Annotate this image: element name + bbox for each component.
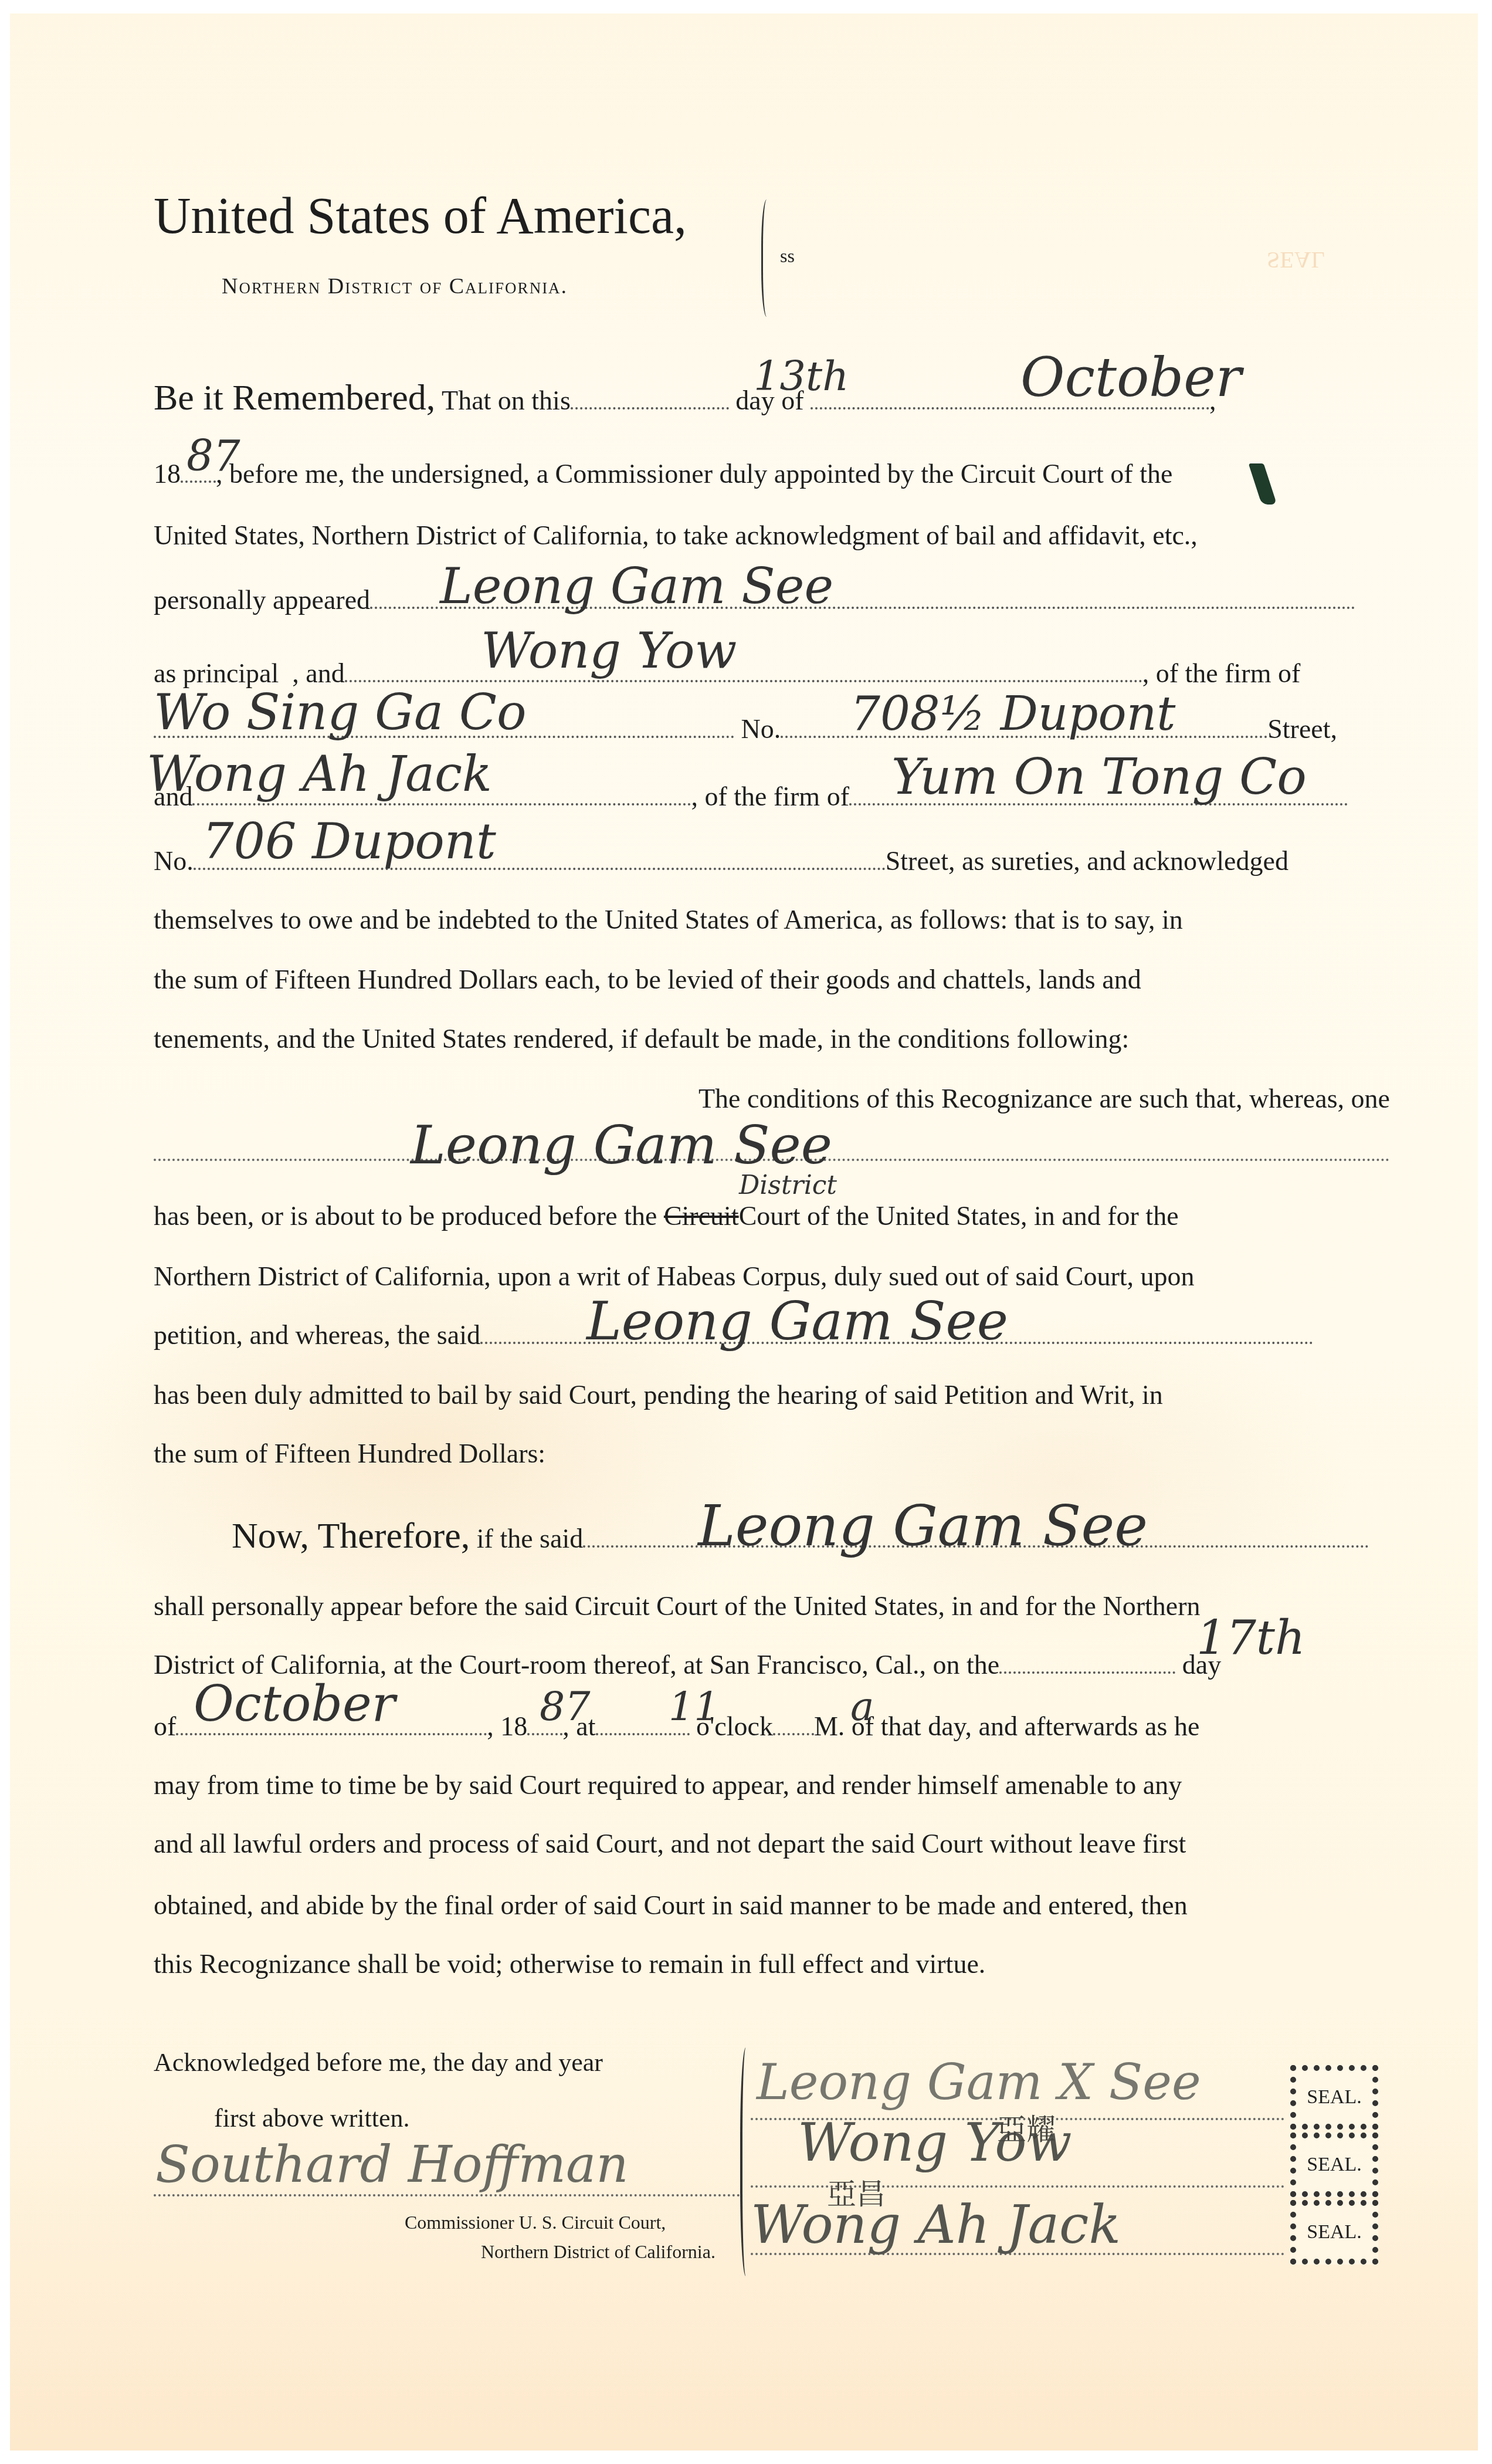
signature-surety2-chinese: 亞昌 [827,2171,886,2213]
appear-hour-field-line [596,1729,690,1735]
static-text: has been, or is about to be produced bef… [154,1201,657,1231]
document-title: United States of America, [154,187,687,246]
static-text: the sum of Fifteen Hundred Dollars: [154,1439,545,1468]
signature-surety1-chinese: 亞耀 [997,2106,1056,2148]
static-text: obtained, and abide by the final order o… [154,1890,1188,1920]
handwritten-month: October [1020,346,1242,409]
static-text: Street, [1267,714,1337,744]
seal-2: SEAL. [1290,2133,1378,2197]
text-line: has been duly admitted to bail by said C… [154,1379,1390,1412]
venue-mark: ss [780,245,795,267]
static-text: petition, and whereas, the said [154,1320,480,1350]
handwritten-appear-day: 17th [1196,1610,1305,1665]
static-text: themselves to owe and be indebted to the… [154,905,1183,935]
static-text: That on this [442,385,571,415]
appear-year-field-line [527,1729,562,1735]
handwritten-said-name: Leong Gam See [586,1291,1008,1352]
handwritten-surety1-name: Wong Yow [481,622,737,679]
static-text: , of the firm of [691,781,849,811]
text-line: themselves to owe and be indebted to the… [154,903,1390,936]
signature-surety2: Wong Ah Jack [751,2194,1121,2256]
static-text: may from time to time be by said Court r… [154,1770,1182,1800]
meridiem-field-line [773,1729,814,1735]
static-text: of [154,1711,176,1741]
static-text: United States, Northern District of Cali… [154,519,1198,552]
handwritten-year: 87 [186,431,240,480]
handwritten-inserted-word: District [739,1170,837,1200]
static-text: No. [741,714,781,744]
static-text: the sum of Fifteen Hundred Dollars each,… [154,964,1141,994]
static-text: personally appeared [154,585,370,615]
handwritten-surety2-firm: Yum On Tong Co [891,748,1307,805]
acknowledgment-line2: first above written. [214,2103,410,2133]
text-line: the sum of Fifteen Hundred Dollars each,… [154,963,1390,996]
static-text: , 18 [487,1711,527,1741]
district-subtitle: Northern District of California. [222,273,568,299]
static-text: and all lawful orders and process of sai… [154,1829,1186,1859]
static-text: Court of the United States, in and for t… [739,1201,1179,1231]
appear-day-field-line [999,1668,1175,1674]
handwritten-surety1-firm: Wo Sing Ga Co [154,683,527,741]
static-text: this Recognizance shall be void; otherwi… [154,1949,985,1979]
static-text: , before me, the undersigned, a Commissi… [216,459,1172,489]
text-line: and all lawful orders and process of sai… [154,1827,1390,1860]
text-line: United States, Northern District of Cali… [154,519,1390,552]
surety1-field-line [345,676,1142,682]
text-line: obtained, and abide by the final order o… [154,1889,1390,1922]
date-line: 18, before me, the undersigned, a Commis… [154,458,1390,490]
handwritten-appear-year: 87 [540,1684,591,1730]
conditions-line: The conditions of this Recognizance are … [154,1082,1390,1115]
commissioner-title-line1: Commissioner U. S. Circuit Court, [405,2212,666,2233]
text-line: tenements, and the United States rendere… [154,1023,1390,1055]
handwritten-surety1-address: 708½ Dupont [850,686,1175,741]
static-text: No. [154,846,194,876]
handwritten-surety2-name: Wong Ah Jack [147,745,492,803]
struck-word: Circuit [664,1201,739,1231]
seal-1: SEAL. [1290,2065,1378,2130]
static-text: if the said [477,1524,583,1553]
year-prefix: 18 [154,459,181,489]
commissioner-signature-line [154,2194,740,2196]
static-text: has been duly admitted to bail by said C… [154,1380,1163,1410]
venue-bracket [761,199,775,317]
signature-principal: Leong Gam X See [757,2053,1201,2111]
lead-phrase: Now, Therefore, [232,1516,470,1556]
handwritten-appear-hour: 11 [669,1684,720,1730]
text-line: the sum of Fifteen Hundred Dollars: [154,1437,1390,1470]
acknowledgment-line1: Acknowledged before me, the day and year [154,2047,603,2077]
static-text: tenements, and the United States rendere… [154,1024,1129,1054]
handwritten-appear-month: October [194,1675,395,1732]
static-text: The conditions of this Recognizance are … [698,1084,1390,1113]
produced-before-line: has been, or is about to be produced bef… [154,1200,1390,1233]
text-line: may from time to time be by said Court r… [154,1769,1390,1802]
bleed-through-seal-mark: SEAL [1267,246,1325,274]
static-text: , of the firm of [1142,658,1301,688]
handwritten-appear-name: Leong Gam See [698,1493,1148,1559]
handwritten-principal-name: Leong Gam See [440,557,833,615]
handwritten-defendant-name: Leong Gam See [411,1115,832,1176]
handwritten-surety2-address: 706 Dupont [202,813,496,870]
text-line: Northern District of California, upon a … [154,1260,1390,1293]
static-text: Northern District of California, upon a … [154,1261,1195,1291]
seal-3: SEAL. [1290,2200,1378,2265]
lead-phrase: Be it Remembered, [154,378,435,418]
commissioner-title-line2: Northern District of California. [481,2241,716,2263]
commissioner-signature: Southard Hoffman [155,2135,629,2194]
static-text: shall personally appear before the said … [154,1591,1201,1621]
handwritten-meridiem: a [850,1684,874,1730]
day-field-line [571,404,729,409]
handwritten-day: 13th [754,352,849,400]
static-text: Street, as sureties, and acknowledged [886,846,1288,876]
text-line: this Recognizance shall be void; otherwi… [154,1948,1390,1981]
